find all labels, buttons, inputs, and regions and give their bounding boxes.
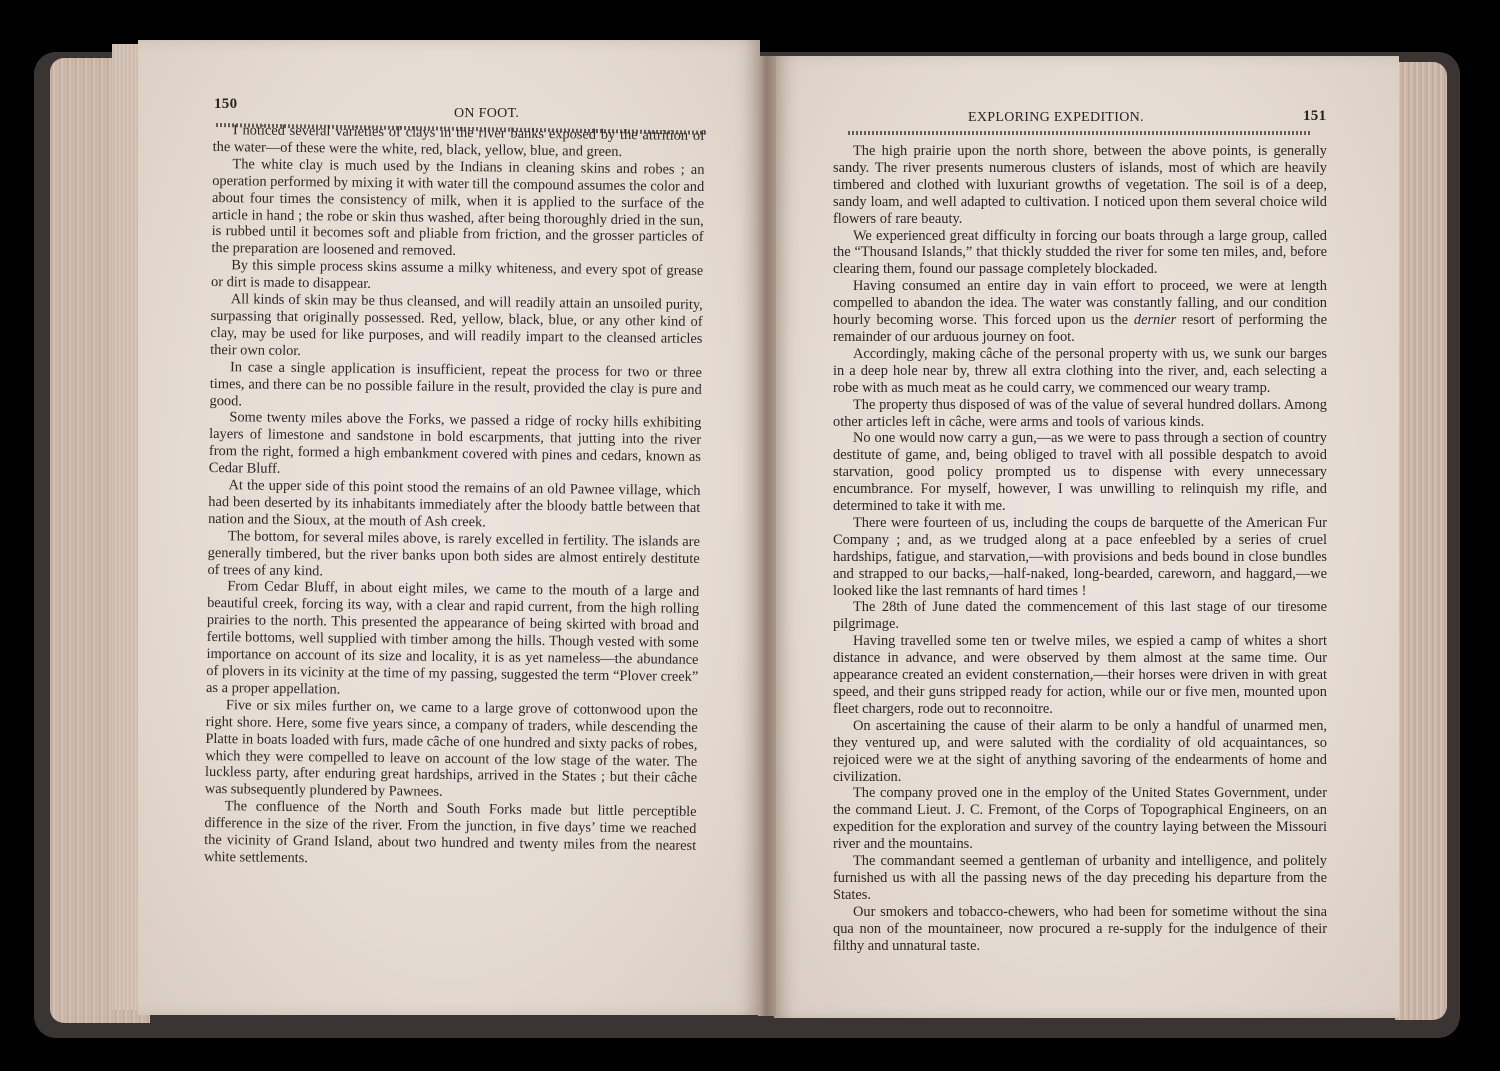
paragraph: There were fourteen of us, including the… bbox=[833, 515, 1327, 600]
paragraph: On ascertaining the cause of their alarm… bbox=[833, 718, 1327, 786]
paragraph: Our smokers and tobacco-chewers, who had… bbox=[833, 904, 1327, 955]
paragraph: In case a single application is insuffic… bbox=[209, 359, 702, 416]
paragraph: No one would now carry a gun,—as we were… bbox=[833, 430, 1327, 515]
left-running-head: ON FOOT. bbox=[454, 106, 519, 122]
paragraph: The property thus disposed of was of the… bbox=[833, 397, 1327, 431]
right-page-number: 151 bbox=[1303, 108, 1326, 125]
paragraph: The 28th of June dated the commencement … bbox=[833, 599, 1327, 633]
right-page-body: The high prairie upon the north shore, b… bbox=[833, 143, 1327, 955]
paragraph: The commandant seemed a gentleman of urb… bbox=[833, 853, 1327, 904]
paragraph: The bottom, for several miles above, is … bbox=[207, 528, 700, 585]
paragraph: Five or six miles further on, we came to… bbox=[205, 697, 698, 804]
paragraph: From Cedar Bluff, in about eight miles, … bbox=[206, 578, 699, 702]
paragraph: I noticed several varieties of clays in … bbox=[213, 122, 705, 162]
paragraph: Having consumed an entire day in vain ef… bbox=[833, 278, 1327, 346]
italic-phrase: dernier bbox=[1134, 312, 1176, 328]
paragraph: The high prairie upon the north shore, b… bbox=[833, 143, 1327, 228]
right-running-head: EXPLORING EXPEDITION. bbox=[968, 110, 1144, 126]
paragraph: Having travelled some ten or twelve mile… bbox=[833, 633, 1327, 718]
paragraph: The company proved one in the employ of … bbox=[833, 785, 1327, 853]
paragraph: All kinds of skin may be thus cleansed, … bbox=[210, 291, 703, 365]
right-header-rule bbox=[848, 131, 1310, 135]
paragraph: We experienced great difficulty in forci… bbox=[833, 228, 1327, 279]
paragraph: Some twenty miles above the Forks, we pa… bbox=[209, 409, 702, 483]
book-gutter bbox=[758, 56, 776, 1016]
left-page-body: I noticed several varieties of clays in … bbox=[204, 122, 705, 872]
paragraph: The white clay is much used by the India… bbox=[211, 156, 704, 263]
page-edges-right bbox=[1395, 62, 1447, 1020]
paragraph: At the upper side of this point stood th… bbox=[208, 477, 701, 534]
paragraph: Accordingly, making câche of the persona… bbox=[833, 346, 1327, 397]
paragraph: The confluence of the North and South Fo… bbox=[204, 798, 697, 872]
left-page-number: 150 bbox=[214, 96, 237, 113]
